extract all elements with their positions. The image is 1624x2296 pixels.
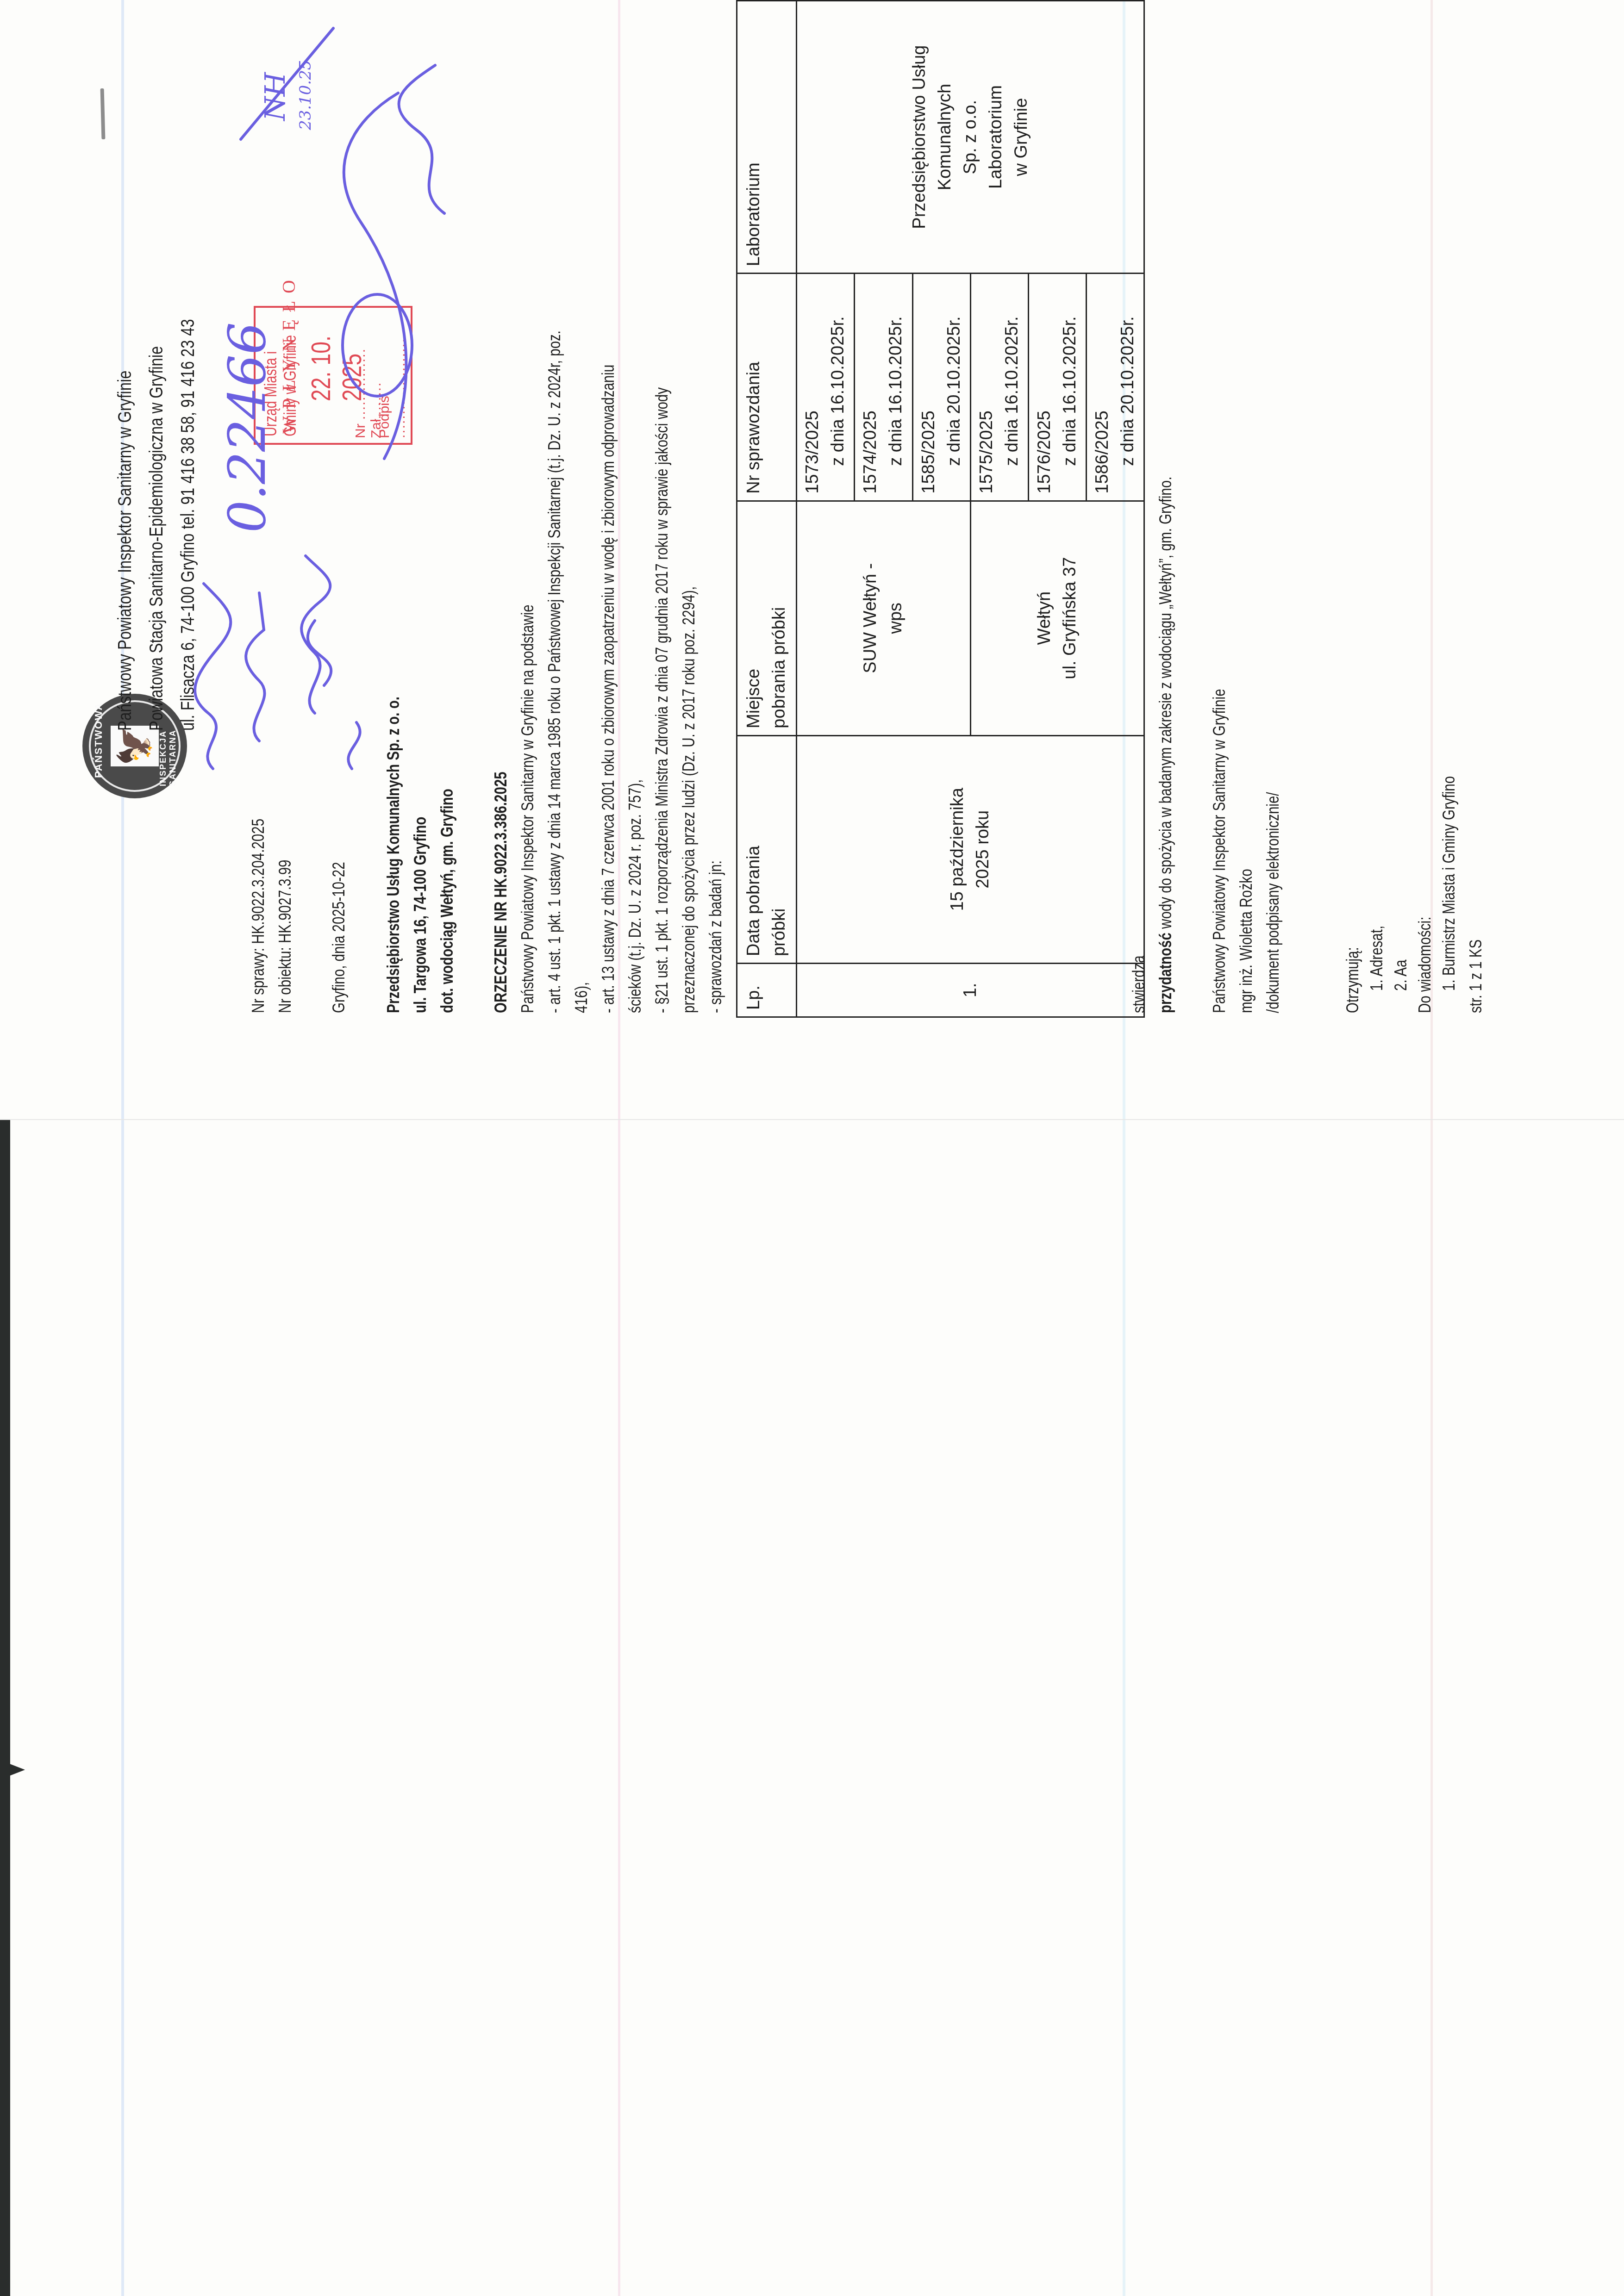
legal-basis-line: - §21 ust. 1 pkt. 1 rozporządzenia Minis… [654,387,670,1013]
legal-basis-line: 416), [573,982,590,1013]
institution-station: Powiatowa Stacja Sanitarno-Epidemiologic… [147,346,166,731]
logo-top-text: PAŃSTWOWA [93,702,105,778]
received-stamp: Urząd Miasta i Gminy w Gryfinie WPŁYNĘŁO… [254,306,412,445]
signature-note: /dokument podpisany elektronicznie/ [1265,792,1281,1013]
table-row: 1. 15 października 2025 roku SUW Wełtyń … [797,1,855,1017]
recipient-subject: dot. wodociąg Wełtyń, gm. Gryfino [439,789,456,1013]
results-table: Lp. Data pobrania próbki Miejsce pobrani… [736,0,1145,1018]
report-cell: 1574/2025 z dnia 16.10.2025r. [855,274,912,501]
report-cell: 1575/2025 z dnia 16.10.2025r. [970,274,1028,501]
institution-address: ul. Flisacza 6, 74-100 Gryfino tel. 91 4… [179,319,197,731]
table-header-row: Lp. Data pobrania próbki Miejsce pobrani… [737,1,797,1017]
institution-name: Państwowy Powiatowy Inspektor Sanitarny … [116,371,134,731]
decision-title: ORZECZENIE NR HK.9022.3.386.2025 [493,772,509,1013]
row-sample-place: Wełtyń ul. Gryfińska 37 [970,501,1144,735]
signature-office: Państwowy Powiatowy Inspektor Sanitarny … [1211,689,1228,1013]
receivers-label: Otrzymują: [1344,947,1361,1013]
recipient-name: Przedsiębiorstwo Usług Komunalnych Sp. z… [385,697,402,1013]
report-cell: 1586/2025 z dnia 20.10.2025r. [1087,274,1144,501]
document-sheet: 🦅 PAŃSTWOWA INSPEKCJA SANITARNA Państwow… [0,0,1624,2296]
legal-basis-line: - art. 4 ust. 1 pkt. 1 ustawy z dnia 14 … [546,330,563,1013]
fold-mark [100,88,106,139]
cc-item: 1. Burmistrz Miasta i Gminy Gryfino [1441,776,1457,991]
handwritten-initials-date: 23.10.25 [296,60,315,130]
page-number: str. 1 z 1 KS [1468,940,1484,1013]
decision-intro: Państwowy Powiatowy Inspektor Sanitarny … [519,604,536,1013]
header-sample-place: Miejsce pobrania próbki [737,501,797,735]
receiver-item: 1. Adresat, [1368,926,1385,991]
header-sample-date: Data pobrania próbki [737,735,797,963]
cc-label: Do wiadomości: [1417,917,1433,1013]
place-date: Gryfino, dnia 2025-10-22 [331,862,347,1013]
object-number: Nr obiektu: HK.9027.3.99 [277,860,294,1013]
conclusion-verb: stwierdza [1131,955,1147,1013]
report-cell: 1573/2025 z dnia 16.10.2025r. [797,274,855,501]
row-sample-place: SUW Wełtyń - wps [797,501,971,735]
conclusion-bold: przydatność [1156,933,1175,1013]
recipient-address: ul. Targowa 16, 74-100 Gryfino [412,817,429,1013]
report-cell: 1576/2025 z dnia 16.10.2025r. [1028,274,1086,501]
signature-name: mgr inż. Wioletta Rożko [1238,869,1255,1013]
legal-basis-line: - sprawozdań z badań jn: [707,860,724,1013]
legal-basis-line: ścieków (t.j. Dz. U. z 2024 r. poz. 757)… [627,779,643,1013]
stamp-label: WPŁYNĘŁO [278,273,300,434]
header-lp: Lp. [737,964,797,1017]
eagle-emblem-icon: 🦅 [111,726,159,766]
row-lp: 1. [797,964,1144,1017]
row-sample-date: 15 października 2025 roku [797,735,1144,963]
case-number: Nr sprawy: HK.9022.3.204.2025 [250,819,267,1013]
report-cell: 1585/2025 z dnia 20.10.2025r. [912,274,970,501]
header-laboratory: Laboratorium [737,1,797,274]
row-laboratory: Przedsiębiorstwo Usług Komunalnych Sp. z… [797,1,1144,274]
handwritten-initials: NH [259,72,292,121]
header-report-number: Nr sprawozdania [737,274,797,501]
conclusion-statement: przydatność wody do spożycia w badanym z… [1157,477,1174,1013]
legal-basis-line: przeznaczonej do spożycia przez ludzi (D… [681,586,697,1013]
legal-basis-line: - art. 13 ustawy z dnia 7 czerwca 2001 r… [600,365,617,1013]
receiver-item: 2. Aa [1393,960,1409,991]
handwritten-registry-number: 0.22466 [218,322,277,533]
stamp-signature-field: Podpis ..................... [377,308,408,438]
